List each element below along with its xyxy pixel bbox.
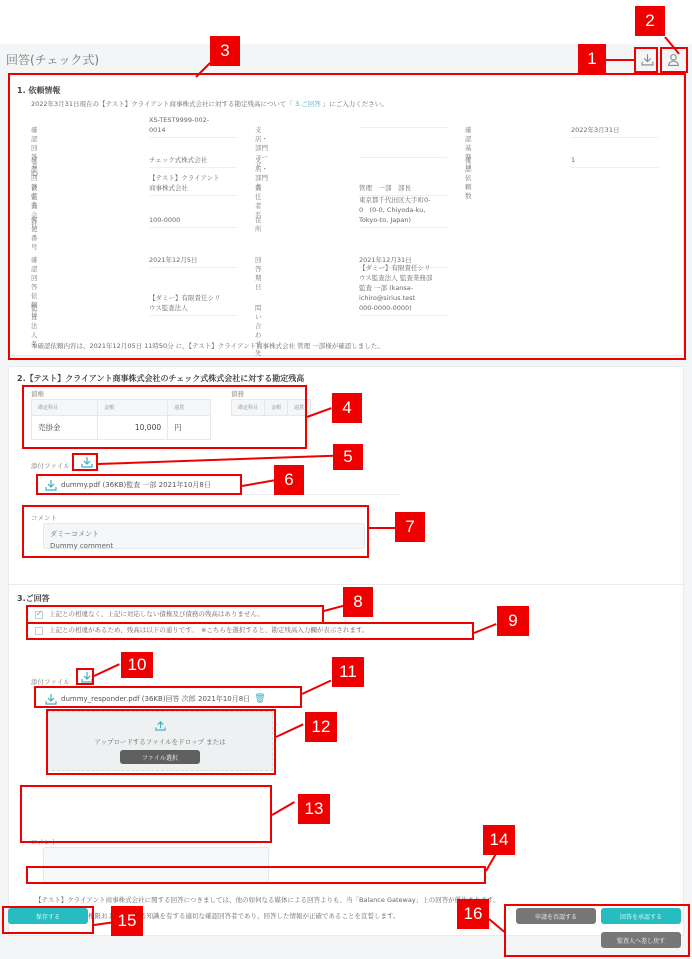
section3-title: 3.ご回答	[17, 593, 50, 604]
option-difference-checkbox[interactable]	[35, 627, 43, 635]
download-icon	[641, 53, 654, 66]
download-icon	[45, 479, 57, 491]
comment-label: コメント	[31, 837, 57, 846]
field-value: 【ダミー】有限責任シリ ウス監査法人	[149, 293, 237, 316]
annotation-badge-6: 6	[274, 465, 304, 495]
field-value: 東京都千代田区大手町0- 0 (0-0, Chiyoda-ku, Tokyo-t…	[359, 195, 447, 228]
field-value: XS-TEST9999-002- 0014	[149, 115, 237, 138]
declaration-label[interactable]: 私は回答する権限および回答する知識を有する適切な確認回答者であり、回答した情報が…	[49, 911, 399, 921]
download-all-icon[interactable]	[81, 671, 93, 683]
field-label: 確認依頼数	[465, 155, 472, 200]
field-value: チェック式株式会社	[149, 155, 237, 168]
annotation-badge-7: 7	[395, 512, 425, 542]
field-label: 責任者名	[255, 183, 262, 219]
field-label: 郵便番号	[31, 215, 38, 251]
annotation-badge-8: 8	[343, 587, 373, 617]
upload-icon	[155, 720, 166, 733]
table-row: 売掛金10,000円	[32, 416, 211, 440]
comment-label: コメント	[31, 513, 57, 522]
file-select-button[interactable]: ファイル選択	[120, 750, 200, 764]
annotation-badge-16: 16	[457, 899, 489, 929]
download-button[interactable]	[636, 48, 658, 70]
trash-icon[interactable]: 🗑	[254, 694, 265, 704]
option-no-difference-label[interactable]: 上記との相違なく、上記に対応しない債権及び債務の残高はありません。	[49, 609, 264, 619]
section-response: 3.ご回答 上記との相違なく、上記に対応しない債権及び債務の残高はありません。 …	[8, 584, 684, 936]
field-value	[359, 125, 447, 128]
attachment-label: 添付ファイル	[31, 677, 70, 686]
save-button[interactable]: 保存する	[8, 908, 88, 924]
user-button[interactable]	[662, 48, 684, 70]
annotation-badge-13: 13	[298, 794, 330, 824]
download-all-icon[interactable]	[81, 456, 93, 468]
reject-button[interactable]: 申請を否認する	[516, 908, 596, 924]
download-icon	[45, 693, 57, 705]
annotation-badge-12: 12	[305, 712, 337, 742]
receivables-label: 債権	[31, 389, 44, 398]
section-request-info: 1. 依頼情報 2022年3月31日現在の【テスト】クライアント商事株式会社に対…	[8, 74, 684, 356]
field-value: 【テスト】クライアント 商事株式会社	[149, 173, 237, 196]
annotation-badge-14: 14	[483, 825, 515, 855]
approve-button[interactable]: 回答を承認する	[601, 908, 681, 924]
payables-label: 債務	[231, 389, 244, 398]
dropzone-text: アップロードするファイルをドロップ または	[94, 737, 225, 746]
responder-file[interactable]: dummy_responder.pdf (36KB)回答 次郎 2021年10月…	[45, 693, 266, 705]
receivables-table: 勘定科目金額通貨 売掛金10,000円	[31, 399, 211, 440]
comment-input[interactable]	[43, 847, 269, 883]
field-value: 1	[571, 155, 659, 168]
priority-notice: 【テスト】クライアント商事株式会社に関する回答につきましては、他の如何なる媒体に…	[35, 895, 500, 905]
comment-display: ダミーコメント Dummy comment	[43, 523, 365, 549]
payables-table: 勘定科目金額通貨	[231, 399, 311, 416]
field-label: 回答期日	[255, 255, 262, 291]
section2-title: 2.【テスト】クライアント商事株式会社のチェック式株式会社に対する勘定残高	[17, 373, 304, 384]
annotation-badge-5: 5	[333, 444, 363, 470]
attachment-file[interactable]: dummy.pdf (36KB)監査 一部 2021年10月8日	[45, 479, 211, 491]
attachment-label: 添付ファイル	[31, 461, 70, 470]
section1-title: 1. 依頼情報	[17, 85, 60, 96]
annotation-badge-15: 15	[111, 906, 143, 936]
page-title: 回答(チェック式)	[6, 51, 99, 68]
file-dropzone[interactable]: アップロードするファイルをドロップ または ファイル選択	[47, 711, 273, 771]
answer-link[interactable]: 3.ご回答	[293, 100, 323, 108]
annotation-badge-11: 11	[332, 657, 364, 687]
field-value: 2022年3月31日	[571, 125, 659, 138]
return-to-auditor-button[interactable]: 監査人へ差し戻す	[601, 932, 681, 948]
field-value: 2021年12月5日	[149, 255, 237, 268]
section1-intro: 2022年3月31日現在の【テスト】クライアント商事株式会社に対する勘定残高につ…	[31, 99, 388, 109]
annotation-badge-2: 2	[635, 6, 665, 36]
option-difference-label[interactable]: 上記との相違があるため、残高は以下の通りです。 ※こちらを選択すると、勘定残高入…	[49, 625, 368, 635]
page-container: 回答(チェック式) 1. 依頼情報 2022年3月31日現在の【テスト】クライア…	[0, 44, 692, 959]
annotation-badge-4: 4	[332, 393, 362, 423]
annotation-badge-10: 10	[121, 652, 153, 678]
section1-footer: 本確認依頼内容は、2021年12月05日 11時50分 に、【テスト】クライアン…	[31, 341, 384, 351]
annotation-badge-1: 1	[578, 44, 606, 74]
field-value: 100-0000	[149, 215, 237, 228]
field-value	[359, 155, 447, 158]
field-value: 【ダミー】有限責任シリ ウス監査法人 監査業務部 監査 一部 (kansa- i…	[359, 263, 447, 316]
annotation-badge-3: 3	[210, 36, 240, 66]
field-label: 住所	[255, 215, 262, 233]
option-no-difference-checkbox[interactable]	[35, 611, 43, 619]
annotation-badge-9: 9	[497, 606, 529, 636]
